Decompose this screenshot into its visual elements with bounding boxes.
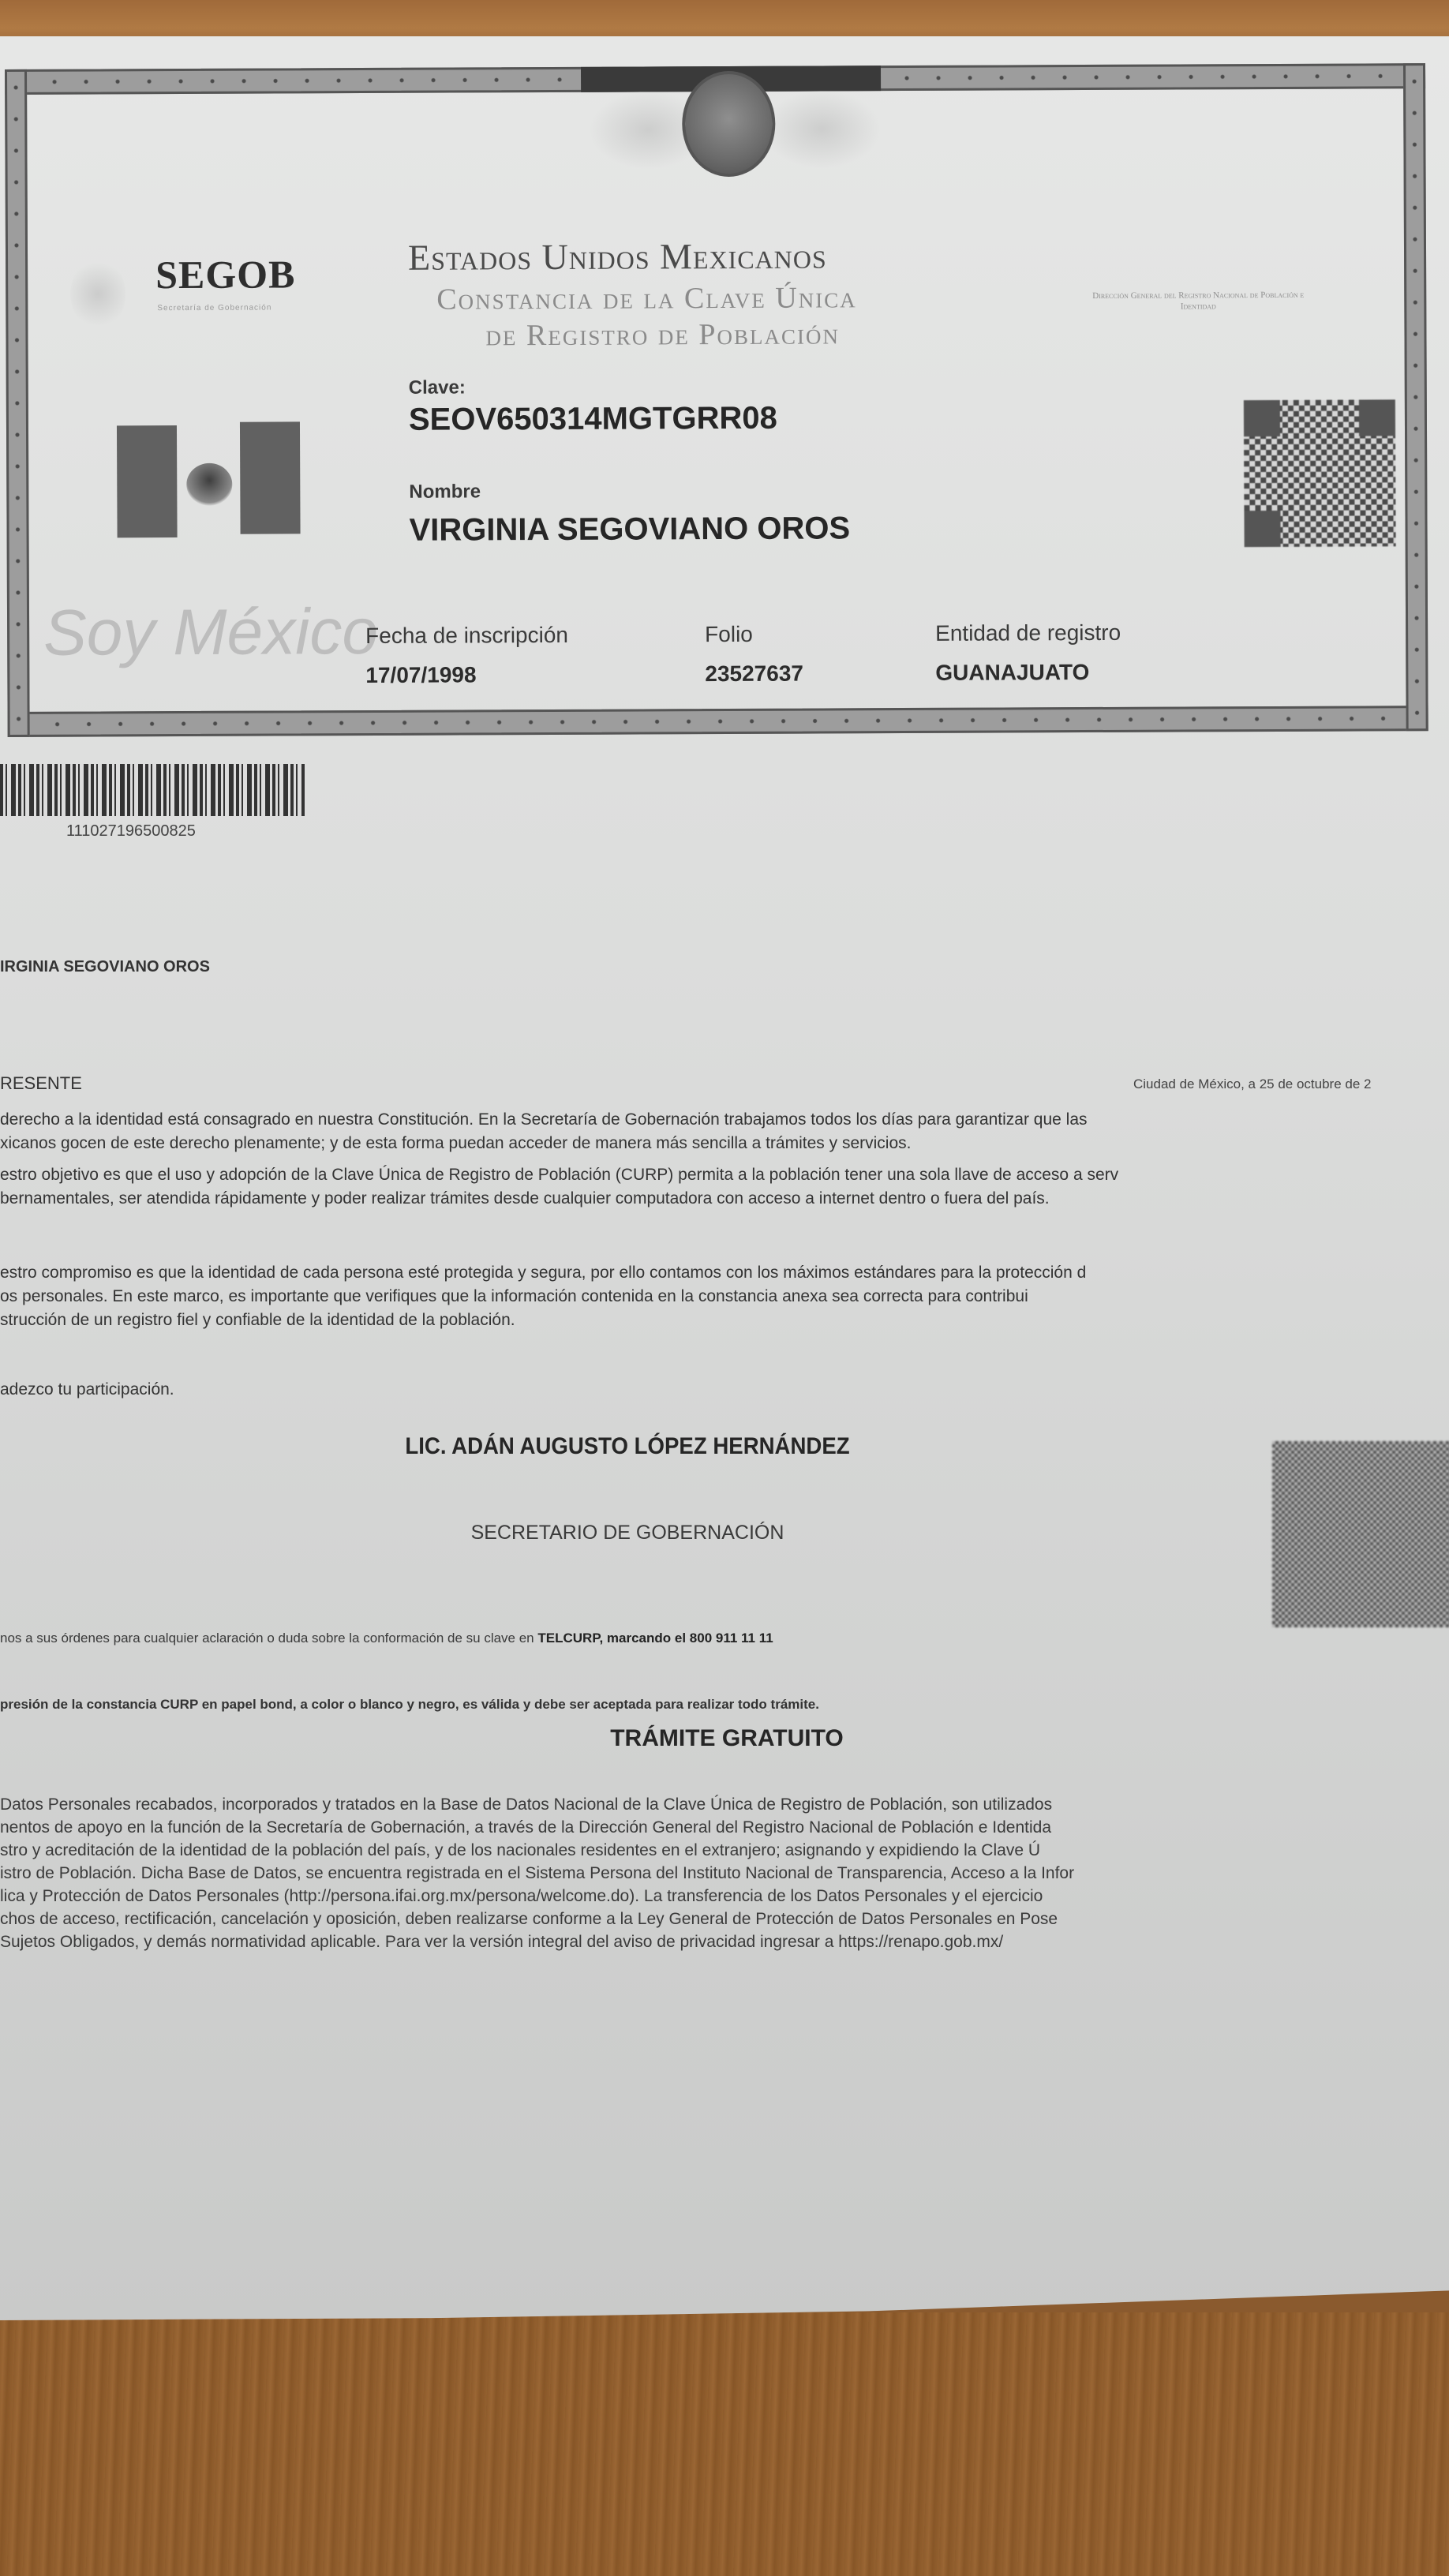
clave-label: Clave: [409, 376, 466, 399]
wooden-table-surface-bottom [0, 2312, 1449, 2576]
flag-right-stripe [240, 421, 301, 534]
city-date: Ciudad de México, a 25 de octubre de 2 [1133, 1076, 1371, 1092]
validity-note: presión de la constancia CURP en papel b… [0, 1697, 819, 1713]
paragraph-objective: estro objetivo es que el uso y adopción … [0, 1163, 1449, 1211]
recipient-name: IRGINIA SEGOVIANO OROS [0, 958, 210, 976]
certificate-subtitle-2: de Registro de Población [485, 316, 840, 353]
privacy-notice: Datos Personales recabados, incorporados… [0, 1793, 1449, 1953]
qr-code-icon [1244, 399, 1396, 547]
eagle-wing-ornament-icon [762, 89, 881, 169]
frame-border-bottom [8, 706, 1428, 737]
signer-name: LIC. ADÁN AUGUSTO LÓPEZ HERNÁNDEZ [51, 1433, 1205, 1460]
frame-border-left [5, 69, 30, 737]
paragraph-identity-right: derecho a la identidad está consagrado e… [0, 1108, 1449, 1155]
free-procedure-notice: TRÁMITE GRATUITO [0, 1725, 1449, 1752]
certificate-title: Estados Unidos Mexicanos [408, 234, 827, 278]
slogan: Soy México [43, 595, 378, 671]
document-page: SEGOB Secretaría de Gobernación Estados … [0, 36, 1449, 2320]
barcode-number: 111027196500825 [66, 822, 196, 841]
segob-seal-icon [70, 258, 125, 329]
directorate-label: Dirección General del Registro Nacional … [1076, 290, 1320, 313]
curp-certificate: SEGOB Secretaría de Gobernación Estados … [5, 63, 1428, 737]
entidad-value: GUANAJUATO [935, 660, 1089, 686]
flag-left-stripe [117, 425, 178, 537]
agency-subtitle: Secretaría de Gobernación [157, 304, 271, 313]
folio-value: 23527637 [705, 661, 803, 687]
certificate-subtitle-1: Constancia de la Clave Única [436, 280, 857, 316]
clave-value: SEOV650314MGTGRR08 [409, 401, 777, 438]
telcurp-phone: TELCURP, marcando el 800 911 11 11 [537, 1631, 773, 1646]
paragraph-thanks: adezco tu participación. [0, 1378, 1449, 1402]
national-coat-of-arms-icon [682, 71, 776, 178]
greeting: RESENTE [0, 1073, 82, 1094]
contact-text: nos a sus órdenes para cualquier aclarac… [0, 1631, 537, 1646]
nombre-label: Nombre [409, 481, 481, 503]
agency-logo: SEGOB [155, 251, 296, 298]
signer-title: SECRETARIO DE GOBERNACIÓN [0, 1522, 1255, 1544]
contact-line: nos a sus órdenes para cualquier aclarac… [0, 1631, 773, 1646]
flag-emblem-icon [186, 463, 232, 506]
barcode-icon [0, 764, 305, 816]
entidad-label: Entidad de registro [935, 620, 1121, 646]
nombre-value: VIRGINIA SEGOVIANO OROS [409, 511, 850, 548]
fecha-label: Fecha de inscripción [365, 623, 568, 649]
paragraph-commitment: estro compromiso es que la identidad de … [0, 1261, 1449, 1332]
qr-code-icon [1272, 1441, 1449, 1627]
fecha-value: 17/07/1998 [365, 662, 476, 688]
frame-border-right [1403, 63, 1428, 731]
folio-label: Folio [705, 622, 753, 647]
